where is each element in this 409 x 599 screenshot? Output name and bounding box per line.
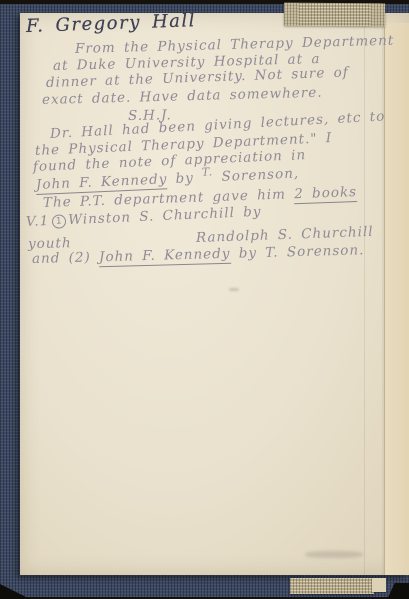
line4-mid-text: by — [167, 170, 203, 188]
underlined-book-title-kennedy-2: John F. Kennedy — [99, 246, 231, 267]
page-crease — [364, 13, 365, 575]
caret-inserted-initial: T. — [202, 165, 214, 178]
volume-label: V.1 — [26, 213, 50, 230]
tailband-page-tab — [372, 578, 386, 592]
book-endpaper-photo: F. Gregory Hall From the Physical Therap… — [0, 0, 409, 599]
item2-rest-text: by T. Sorenson. — [230, 242, 364, 262]
line4-rest-text: Sorenson, — [213, 166, 299, 186]
owner-inscription: F. Gregory Hall — [26, 10, 197, 37]
item2-pre-text: and (2) — [32, 249, 99, 267]
headband-cloth-top — [284, 3, 385, 27]
faint-pencil-smudge — [305, 551, 363, 558]
tailband-cloth-bottom — [290, 578, 374, 594]
flyleaf-page: F. Gregory Hall From the Physical Therap… — [20, 13, 409, 575]
dark-corner-bottom-left — [0, 584, 30, 599]
underlined-two-books: 2 books — [294, 184, 357, 204]
book1-by: by — [235, 204, 262, 221]
circled-number-1: 1 — [52, 214, 67, 229]
book-list-item2: and (2) John F. Kennedy by T. Sorenson. — [32, 242, 365, 267]
faint-pencil-dot — [229, 288, 239, 291]
adjacent-page-edge — [384, 23, 409, 575]
